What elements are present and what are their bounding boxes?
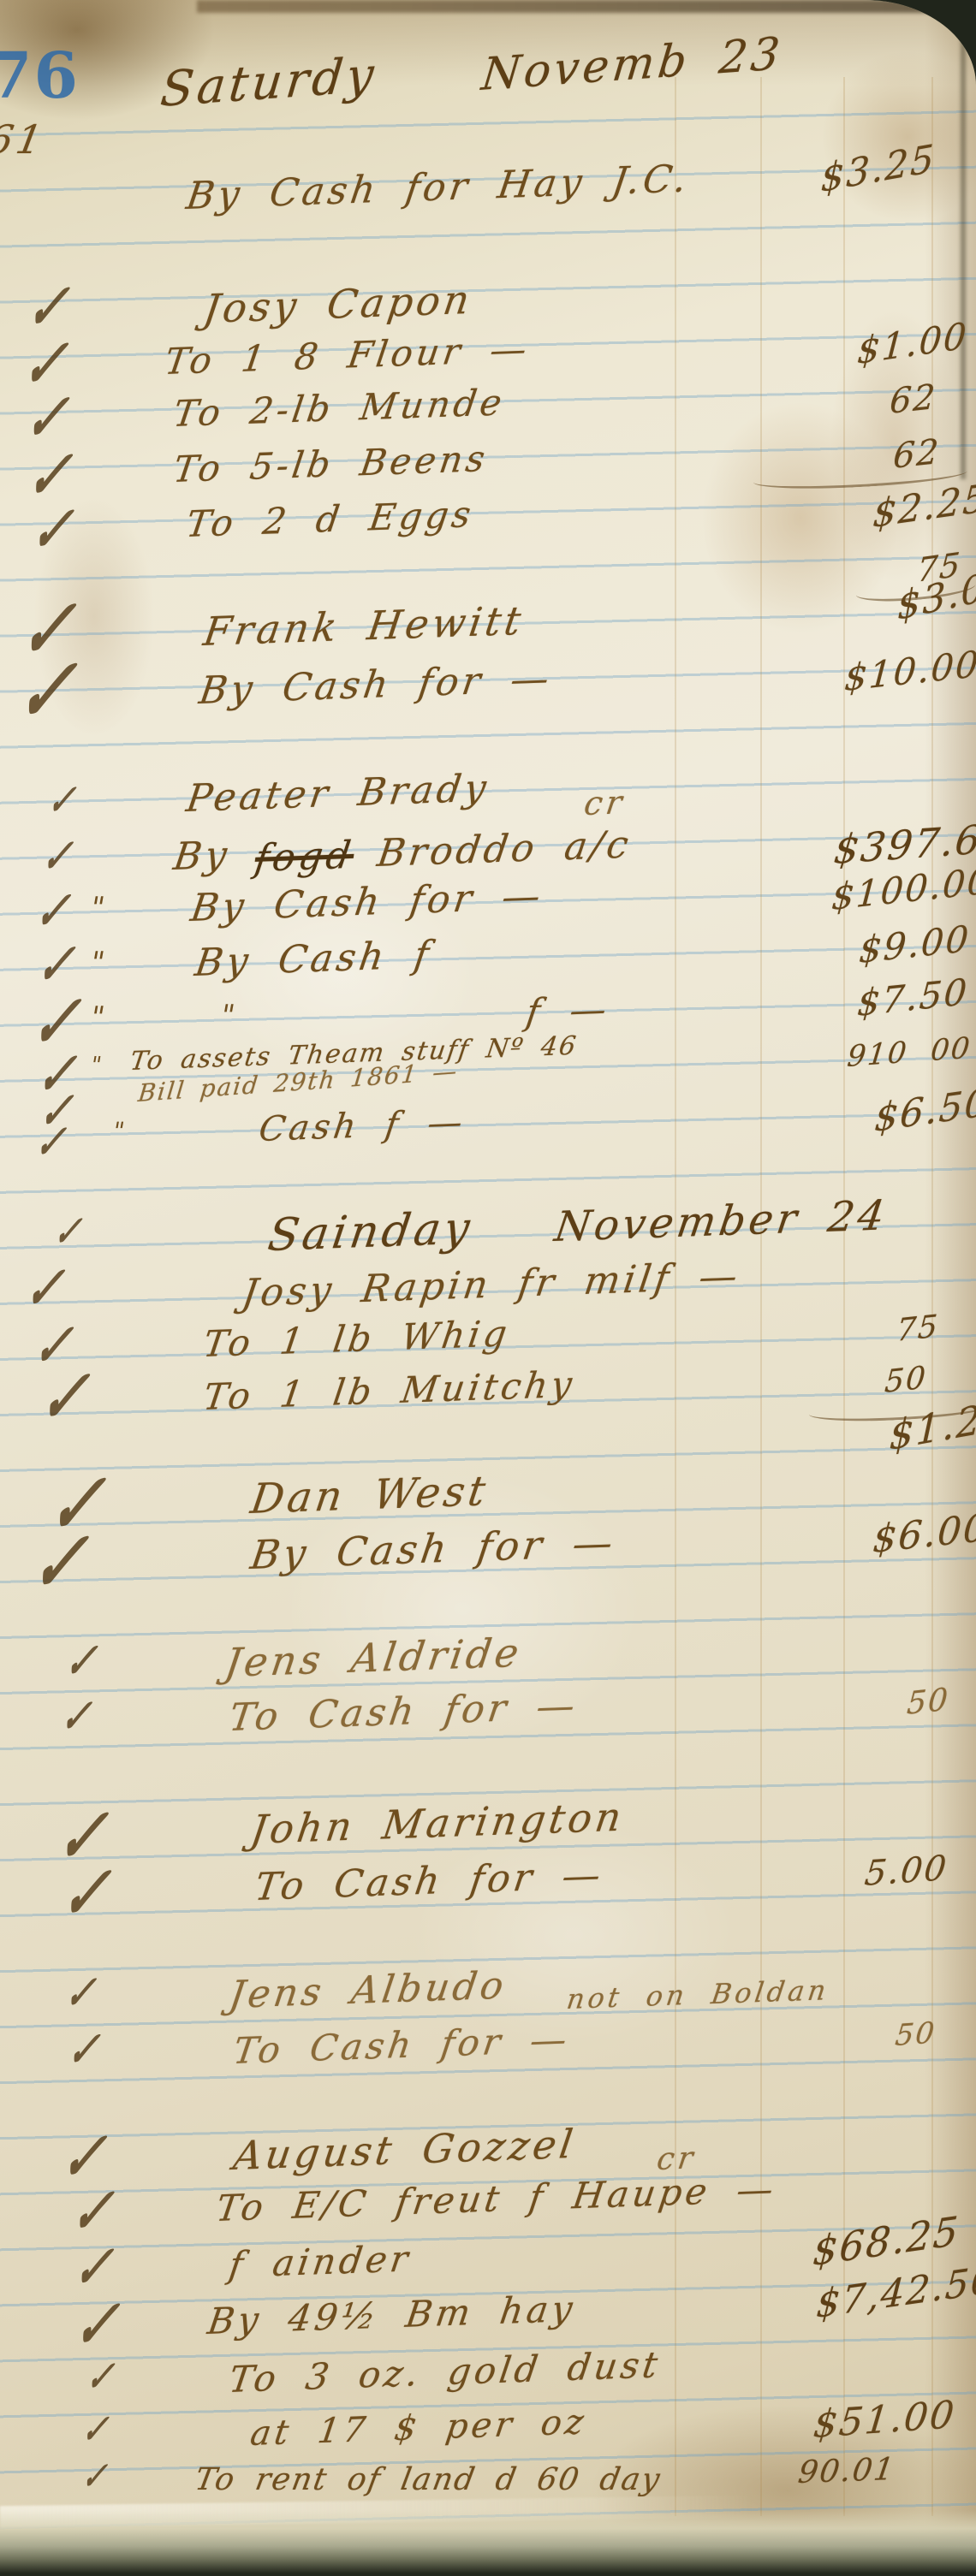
- entry-amount: 50: [894, 2018, 937, 2051]
- account-name: Josy Capon: [201, 280, 475, 329]
- checkmark-icon: ✓: [84, 2357, 116, 2399]
- entry-note: not on Boldan: [565, 1976, 830, 2013]
- entry-amount: $51.00: [812, 2396, 957, 2444]
- entry-amount: 62: [889, 380, 937, 419]
- account-name: August Gozzel: [231, 2124, 579, 2175]
- ditto-mark: ": [218, 1001, 237, 1030]
- date-header: November 24: [552, 1195, 890, 1248]
- checkmark-icon: ✓: [62, 1637, 99, 1685]
- strikethrough-word: fogd: [253, 837, 356, 878]
- entry-label: To 2-lb Munde: [171, 384, 508, 432]
- ditto-mark: ": [88, 1003, 107, 1032]
- account-name: John Marington: [248, 1797, 627, 1849]
- entry-note: cr: [582, 786, 628, 820]
- checkmark-icon: ✓: [70, 2293, 121, 2359]
- date-header: Novemb 23: [479, 32, 785, 98]
- entry-label: By Cash for —: [197, 660, 555, 710]
- checkmark-icon: ✓: [70, 2239, 115, 2297]
- checkmark-icon: ✓: [57, 1857, 113, 1930]
- checkmark-icon: ✓: [51, 1212, 83, 1254]
- entry-amount: $1.00: [856, 318, 969, 370]
- entry-label: To 3 oz. gold dust: [227, 2347, 663, 2398]
- checkmark-icon: ✓: [58, 1695, 93, 1741]
- entry-amount: $3.25: [820, 139, 936, 199]
- entry-amount: 90.01: [796, 2454, 897, 2489]
- entry-label: at 17 $ per oz: [248, 2405, 589, 2451]
- checkmark-icon: ✓: [45, 781, 77, 822]
- entry-label: By Cash f: [193, 936, 434, 982]
- entry-amount: $68.25: [812, 2211, 961, 2271]
- entry-label: f ainder: [227, 2241, 414, 2283]
- page-number-stamp: 76: [0, 45, 80, 108]
- entry-amount: 5.00: [863, 1851, 949, 1891]
- date-header: Sainday: [265, 1206, 476, 1258]
- entry-label: By: [171, 836, 232, 876]
- entry-amount: $10.00: [843, 646, 976, 697]
- ditto-mark: ": [111, 1119, 127, 1143]
- entry-amount: 50: [906, 1684, 950, 1720]
- account-name: Peater Brady: [184, 769, 491, 818]
- book-bottom-edge: [0, 2510, 976, 2576]
- entry-label: To 5-lb Beens: [171, 441, 491, 488]
- entry-label: Cash f —: [257, 1105, 467, 1147]
- date-header: Saturdy: [158, 51, 379, 115]
- entry-label: To 1 lb Muitchy: [201, 1367, 577, 1416]
- entry-label: By Cash for Hay J.C.: [184, 160, 692, 216]
- book-edge-line: [961, 0, 966, 479]
- margin-year: 61: [0, 120, 49, 159]
- ditto-mark: ": [88, 948, 107, 977]
- checkmark-icon: ✓: [39, 834, 74, 881]
- account-name: Jens Aldride: [223, 1633, 525, 1683]
- checkmark-icon: ✓: [36, 1361, 92, 1433]
- vertical-rule: [760, 77, 762, 2516]
- account-name: Frank Hewitt: [201, 601, 527, 651]
- checkmark-icon: ✓: [68, 2181, 116, 2243]
- entry-amount: $397.60: [832, 817, 976, 870]
- entry-amount: $9.00: [858, 921, 972, 969]
- entry-amount: 910 00: [846, 1034, 973, 1071]
- checkmark-icon: ✓: [80, 2458, 108, 2496]
- entry-label: By Cash for —: [248, 1522, 618, 1575]
- entry-label: To rent of land d 60 day: [193, 2465, 664, 2496]
- entry-amount: 62: [892, 435, 941, 474]
- entry-amount: $6.00: [872, 1509, 976, 1559]
- checkmark-icon: ✓: [12, 648, 79, 735]
- account-name: Dan West: [248, 1470, 491, 1520]
- ditto-mark: ": [89, 1054, 104, 1077]
- paper-stain: [822, 51, 976, 223]
- entry-label: To 1 8 Flour —: [163, 331, 533, 380]
- checkmark-icon: ✓: [65, 2026, 102, 2074]
- entry-label: To Cash for —: [253, 1857, 606, 1907]
- entry-label: To 1 lb Whig: [201, 1315, 512, 1362]
- entry-label: Broddo a/c: [375, 826, 634, 873]
- entry-amount: 50: [884, 1362, 928, 1398]
- entry-label: By 49½ Bm hay: [205, 2291, 578, 2340]
- entry-amount: $2.25: [872, 479, 976, 534]
- checkmark-icon: ✓: [80, 2410, 110, 2449]
- checkmark-icon: ✓: [33, 886, 72, 938]
- checkmark-icon: ✓: [62, 1971, 98, 2017]
- entry-amount: $6.50: [873, 1083, 976, 1138]
- entry-label: To Cash for —: [231, 2021, 572, 2069]
- checkmark-icon: ✓: [27, 1521, 90, 1605]
- page-top-shadow: [197, 0, 976, 13]
- ledger-page: 76 61 Saturdy Novemb 23 By Cash for Hay …: [0, 0, 976, 2576]
- entry-label: f —: [524, 991, 612, 1030]
- entry-label: Josy Rapin fr milf —: [240, 1257, 743, 1313]
- entry-label: By Cash for —: [188, 877, 546, 928]
- account-name: Jens Albudo: [227, 1967, 509, 2015]
- entry-label: To Cash for —: [227, 1688, 580, 1737]
- entry-amount: $7.50: [856, 974, 970, 1022]
- checkmark-icon: ✓: [27, 499, 75, 561]
- entry-amount: 75: [896, 1311, 940, 1347]
- ditto-mark: ": [88, 893, 107, 923]
- vertical-rule: [843, 77, 845, 2516]
- entry-amount: $1.25: [889, 1394, 976, 1456]
- checkmark-icon: ✓: [33, 1120, 68, 1166]
- entry-label: To 2 d Eggs: [184, 496, 476, 543]
- checkmark-icon: ✓: [21, 1260, 66, 1318]
- entry-label: To E/C freut f Haupe —: [214, 2171, 779, 2227]
